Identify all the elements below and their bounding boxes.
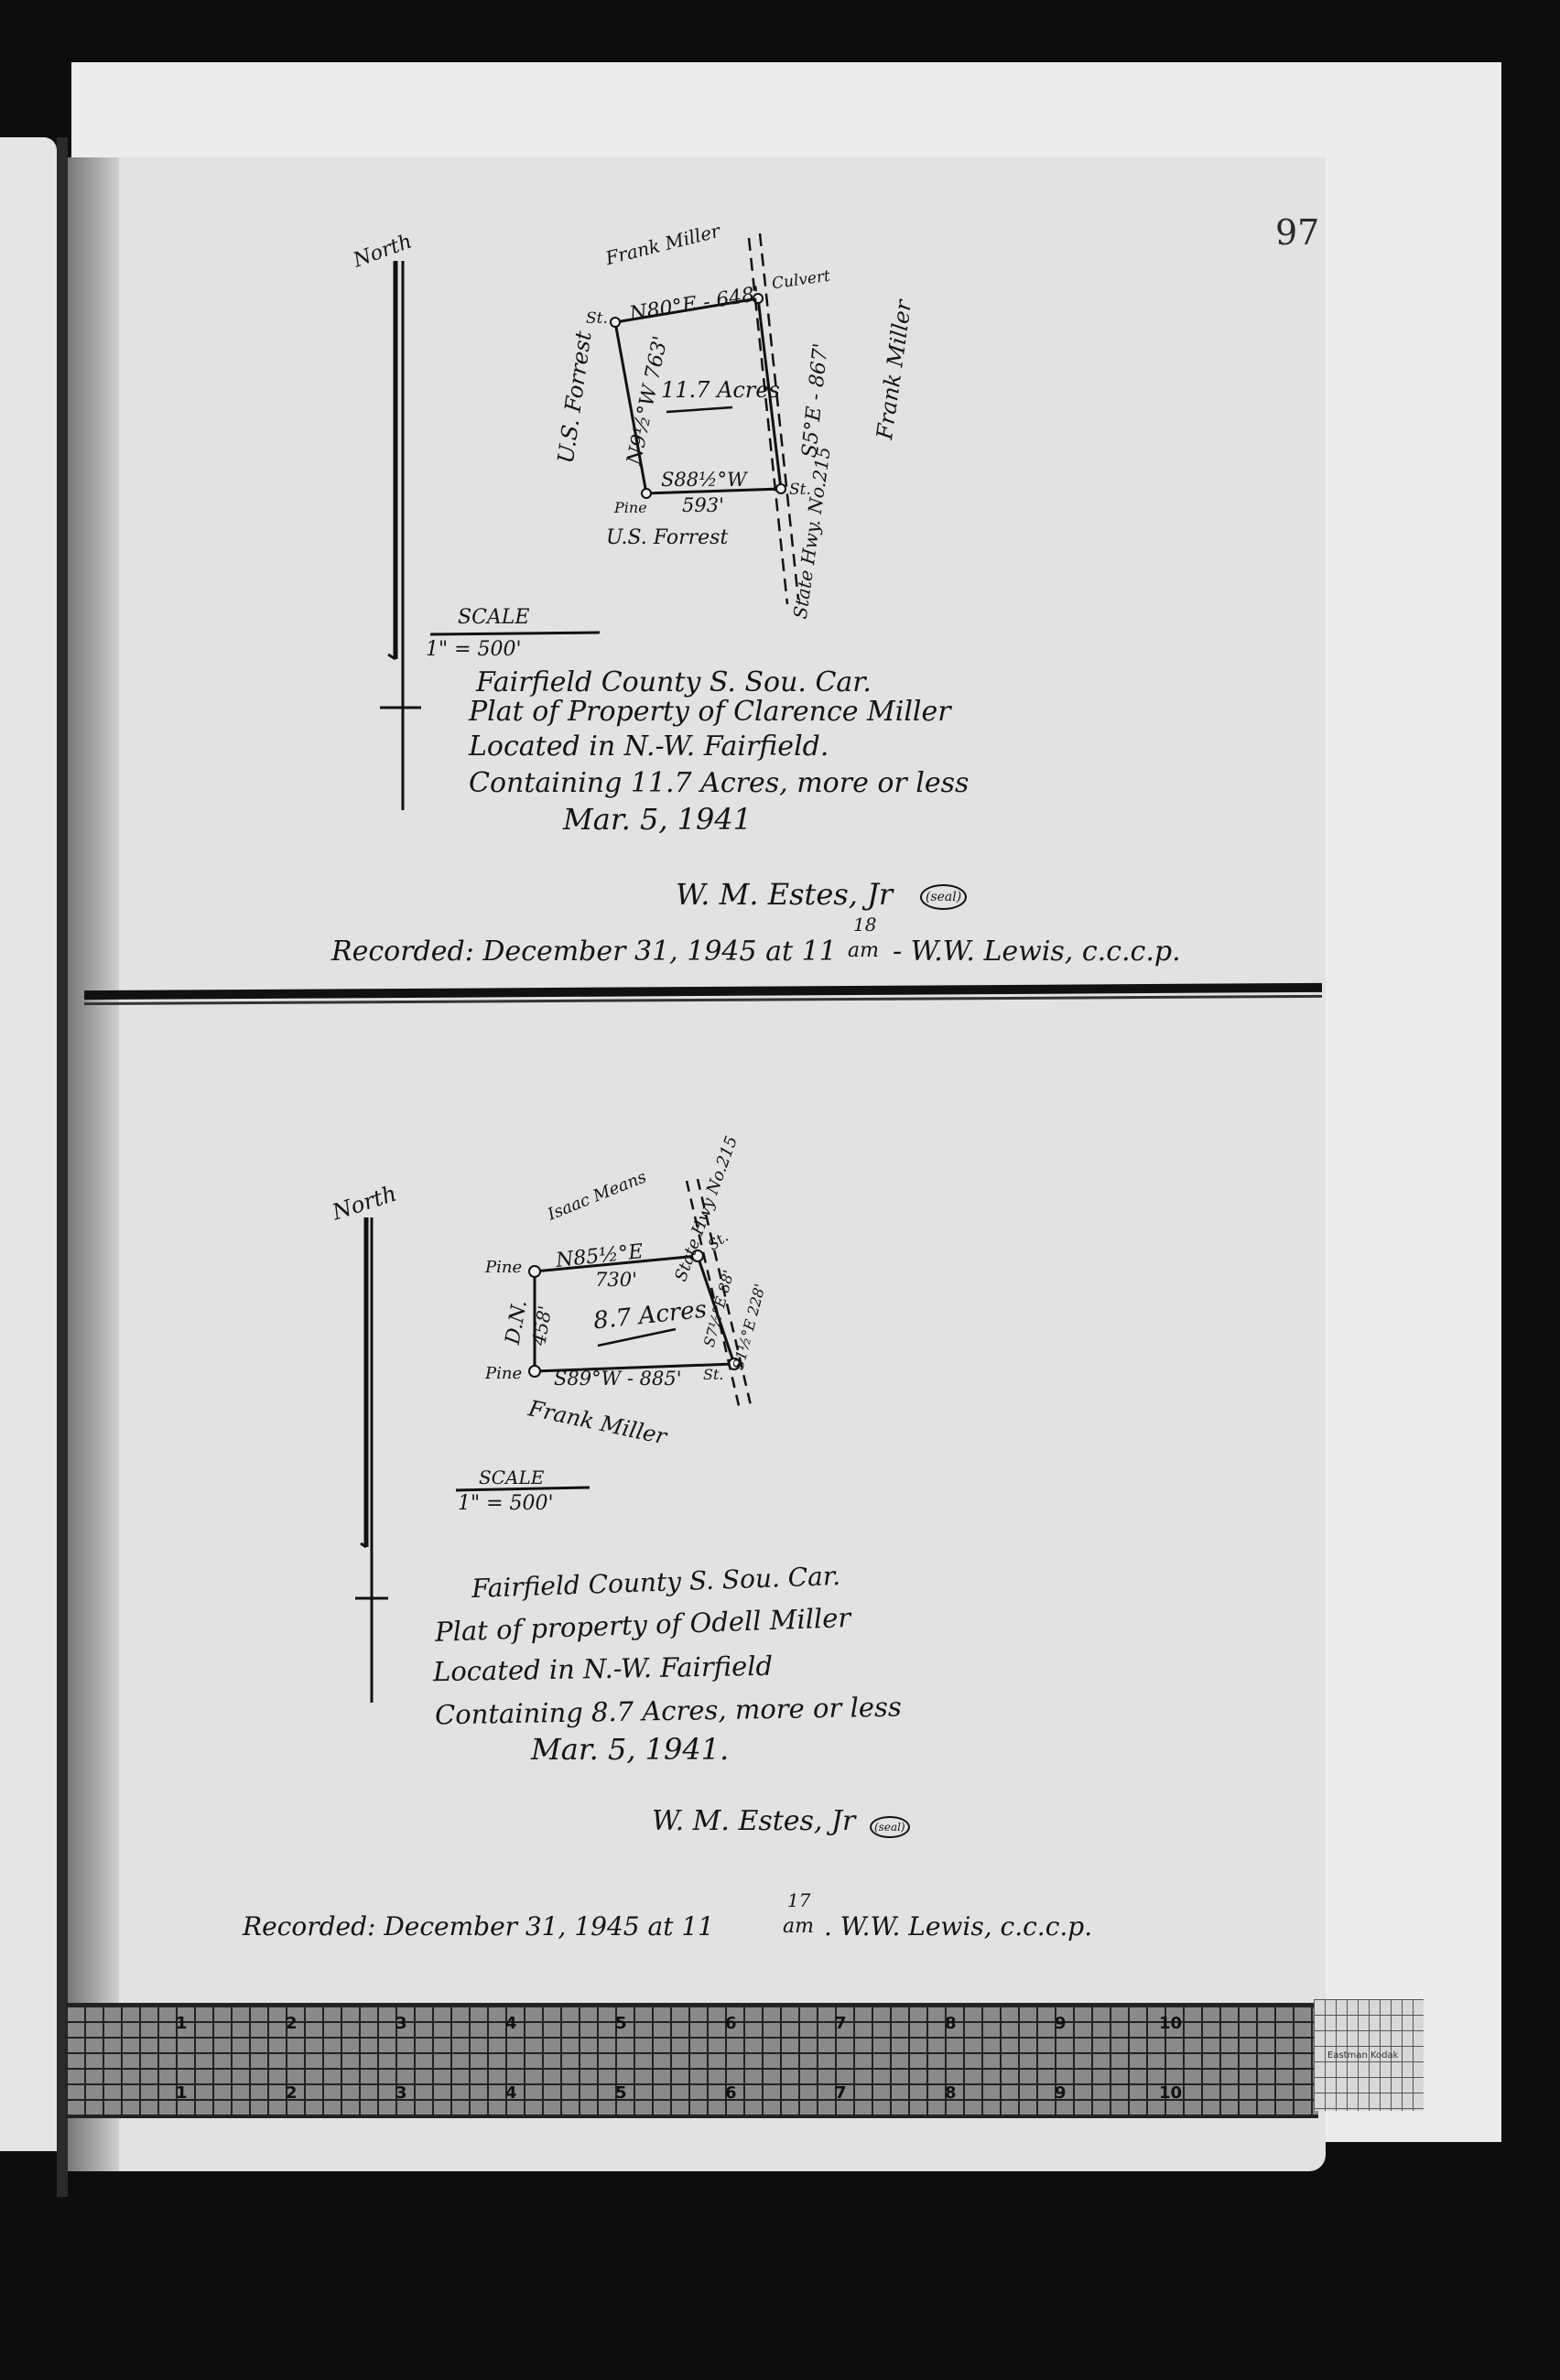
ruler-tick-label: 6 <box>725 2083 737 2103</box>
ruler-tick-label: 8 <box>945 2014 957 2033</box>
ruler-tick-label: 10 <box>1159 2083 1182 2103</box>
ruler-tick-label: 6 <box>725 2014 737 2033</box>
call-south-bearing: S88½°W <box>661 469 747 491</box>
ruler-tick-label: 2 <box>286 2014 298 2033</box>
ruler-tick-label: 5 <box>615 2014 627 2033</box>
recorded-line: Recorded: December 31, 1945 at 11 <box>243 1911 714 1942</box>
recorded-ampm: am <box>848 939 879 962</box>
adjoiner-south: U.S. Forrest <box>606 526 728 549</box>
ruler-tick-label: 1 <box>176 2083 188 2103</box>
ruler-tick-label: 9 <box>1055 2014 1067 2033</box>
ruler-tick-label: 4 <box>505 2083 517 2103</box>
surveyor-signature: W. M. Estes, Jr <box>652 1805 855 1837</box>
caption-line-2: Plat of Property of Clarence Miller <box>469 696 951 728</box>
ruler-tick-label: 10 <box>1159 2014 1182 2033</box>
recorder-signature: . W.W. Lewis, c.c.c.p. <box>824 1911 1092 1942</box>
call-south-distance: 593' <box>682 494 724 516</box>
scale-title: SCALE <box>479 1466 544 1488</box>
north-arrow-icon <box>355 1217 388 1703</box>
recorded-minutes: 18 <box>853 914 876 936</box>
ruler-tick-label: 5 <box>615 2083 627 2103</box>
ruler-maker-label: Eastman Kodak <box>1327 2050 1398 2061</box>
call-south: S89°W - 885' <box>554 1368 682 1390</box>
ruler-tick-label: 2 <box>286 2083 298 2103</box>
recorded-ampm: am <box>783 1915 814 1938</box>
caption-date: Mar. 5, 1941. <box>531 1732 729 1767</box>
scale-title: SCALE <box>458 606 529 629</box>
corner-sw: Pine <box>614 499 647 516</box>
scale-value: 1" = 500' <box>458 1492 554 1515</box>
surveyor-seal-icon: (seal) <box>920 884 967 910</box>
caption-line-3: Located in N.-W. Fairfield. <box>469 730 829 763</box>
recorded-minutes: 17 <box>787 1889 810 1911</box>
caption-line-4: Containing 11.7 Acres, more or less <box>469 767 969 799</box>
surveyor-seal-icon: (seal) <box>870 1816 910 1838</box>
ruler-tick-label: 7 <box>835 2083 847 2103</box>
scale-value: 1" = 500' <box>426 638 522 661</box>
ruler-tick-label: 3 <box>395 2083 407 2103</box>
measuring-ruler <box>66 2003 1318 2118</box>
ruler-tick-label: 1 <box>176 2014 188 2033</box>
call-north-distance: 730' <box>595 1269 637 1291</box>
caption-date: Mar. 5, 1941 <box>563 802 752 837</box>
north-arrow-icon <box>380 261 421 810</box>
ruler-tick-label: 3 <box>395 2014 407 2033</box>
corner-se: St. <box>703 1366 723 1383</box>
ruler-tick-label: 4 <box>505 2014 517 2033</box>
recorded-line: Recorded: December 31, 1945 at 11 <box>331 936 837 968</box>
caption-line-1: Fairfield County S. Sou. Car. <box>476 666 872 698</box>
ruler-tick-label: 8 <box>945 2083 957 2103</box>
corner-se: St. <box>789 481 811 499</box>
corner-nw: Pine <box>485 1258 522 1277</box>
corner-nw: St. <box>586 309 608 328</box>
surveyor-signature: W. M. Estes, Jr <box>676 877 893 912</box>
corner-sw: Pine <box>485 1364 522 1383</box>
area-label: 11.7 Acres <box>661 377 780 403</box>
ruler-tick-label: 9 <box>1055 2083 1067 2103</box>
ruler-tick-label: 7 <box>835 2014 847 2033</box>
recorder-signature: - W.W. Lewis, c.c.c.p. <box>893 936 1181 968</box>
caption-line-3: Located in N.-W. Fairfield <box>433 1650 774 1687</box>
